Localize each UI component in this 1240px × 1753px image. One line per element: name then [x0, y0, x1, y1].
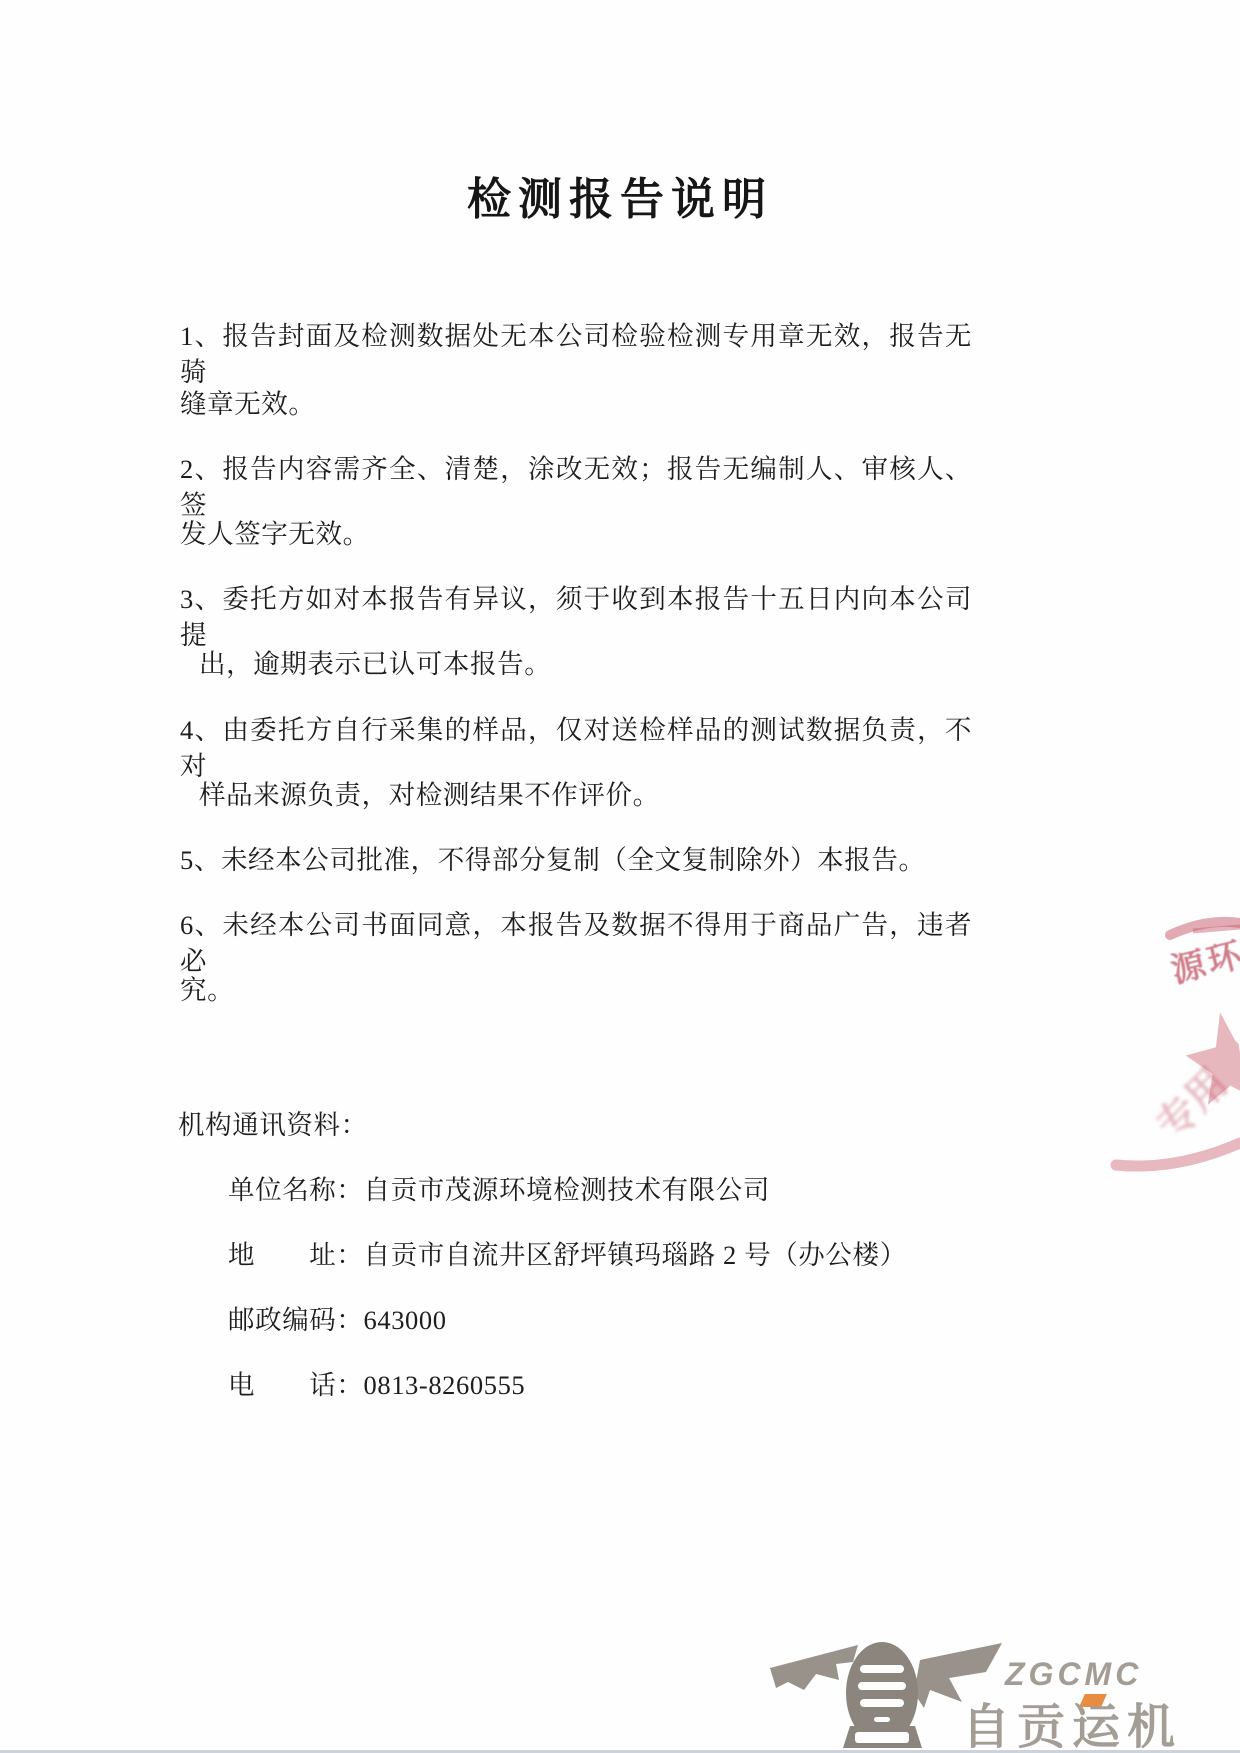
contact-address: 地 址：自贡市自流井区舒坪镇玛瑙路 2 号（办公楼） — [228, 1233, 907, 1272]
logo-company-name: 自贡运机 — [962, 1688, 1182, 1753]
note-2-line-1: 2、报告内容需齐全、清楚，涂改无效；报告无编制人、审核人、签 — [180, 451, 972, 523]
note-6-line-2: 究。 — [180, 972, 972, 1008]
contact-heading: 机构通讯资料： — [178, 1103, 368, 1142]
contact-company-name: 单位名称：自贡市茂源环境检测技术有限公司 — [228, 1168, 770, 1207]
seal-text-fragment: 源环 — [1165, 927, 1240, 992]
report-notes-page: 检测报告说明 1、报告封面及检测数据处无本公司检验检测专用章无效，报告无骑 缝章… — [0, 0, 1240, 1753]
note-4-line-1: 4、由委托方自行采集的样品，仅对送检样品的测试数据负责，不对 — [180, 712, 972, 784]
note-2-line-2: 发人签字无效。 — [180, 516, 972, 552]
red-seal-stamp-icon: 源环 专用 — [1098, 835, 1240, 1180]
note-3-line-1: 3、委托方如对本报告有异议，须于收到本报告十五日内向本公司提 — [180, 581, 972, 653]
contact-postcode: 邮政编码：643000 — [228, 1298, 447, 1337]
note-1-line-1: 1、报告封面及检测数据处无本公司检验检测专用章无效，报告无骑 — [180, 318, 972, 390]
contact-phone: 电 话：0813-8260555 — [228, 1363, 525, 1402]
company-logo: ZGCMC 自贡运机 — [700, 1638, 1240, 1753]
page-title: 检测报告说明 — [0, 163, 1240, 227]
note-5-line-1: 5、未经本公司批准，不得部分复制（全文复制除外）本报告。 — [180, 842, 972, 878]
note-1-line-2: 缝章无效。 — [180, 386, 972, 422]
note-3-line-2: 出，逾期表示已认可本报告。 — [199, 646, 991, 682]
seal-text-fragment: 专用 — [1142, 1053, 1239, 1150]
note-6-line-1: 6、未经本公司书面同意，本报告及数据不得用于商品广告，违者必 — [180, 907, 972, 979]
seal-arcs-icon — [1098, 835, 1240, 1180]
note-4-line-2: 样品来源负责，对检测结果不作评价。 — [199, 777, 991, 813]
